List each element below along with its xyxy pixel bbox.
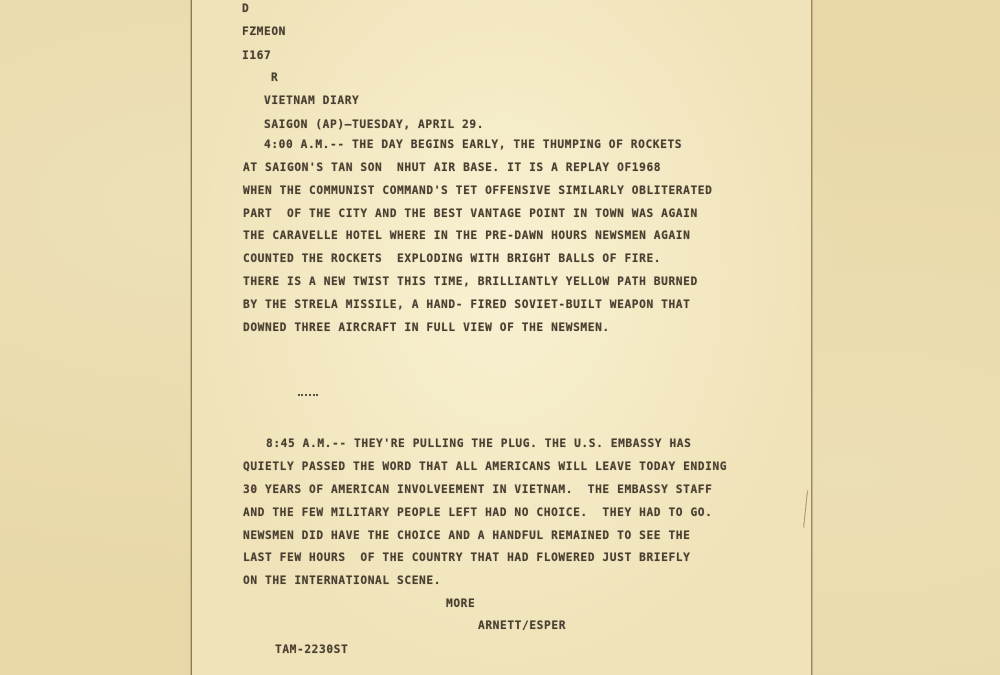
byline: ARNETT/ESPER [478, 619, 566, 633]
header-code-3: I167 [242, 49, 271, 63]
entry-1-line-4: PART OF THE CITY AND THE BEST VANTAGE PO… [243, 207, 698, 221]
entry-1-line-8: BY THE STRELA MISSILE, A HAND- FIRED SOV… [243, 298, 690, 312]
entry-1-line-5: THE CARAVELLE HOTEL WHERE IN THE PRE-DAW… [243, 229, 690, 243]
transmission-code: TAM-2230ST [275, 643, 348, 657]
entry-1-line-3: WHEN THE COMMUNIST COMMAND'S TET OFFENSI… [243, 184, 712, 198]
header-code-2: FZMEON [242, 25, 286, 39]
dateline: SAIGON (AP)—TUESDAY, APRIL 29. [264, 118, 484, 132]
priority-code: R [271, 71, 278, 85]
entry-2-line-4: AND THE FEW MILITARY PEOPLE LEFT HAD NO … [243, 506, 712, 520]
entry-2-line-5: NEWSMEN DID HAVE THE CHOICE AND A HANDFU… [243, 529, 690, 543]
entry-1-line-9: DOWNED THREE AIRCRAFT IN FULL VIEW OF TH… [243, 321, 610, 335]
entry-2-line-7: ON THE INTERNATIONAL SCENE. [243, 574, 441, 588]
entry-2-line-1: 8:45 A.M.-- THEY'RE PULLING THE PLUG. TH… [266, 437, 691, 451]
more-marker: MORE [446, 597, 475, 611]
entry-2-line-6: LAST FEW HOURS OF THE COUNTRY THAT HAD F… [243, 551, 690, 565]
entry-1-line-6: COUNTED THE ROCKETS EXPLODING WITH BRIGH… [243, 252, 661, 266]
entry-2-line-3: 30 YEARS OF AMERICAN INVOLVEEMENT IN VIE… [243, 483, 712, 497]
entry-2-line-2: QUIETLY PASSED THE WORD THAT ALL AMERICA… [243, 460, 727, 474]
header-code-1: D [242, 2, 249, 16]
section-separator [298, 394, 318, 399]
entry-1-line-1: 4:00 A.M.-- THE DAY BEGINS EARLY, THE TH… [264, 138, 682, 152]
paper-tear-mark [803, 490, 811, 528]
entry-1-line-2: AT SAIGON'S TAN SON NHUT AIR BASE. IT IS… [243, 161, 661, 175]
story-slug: VIETNAM DIARY [264, 94, 359, 108]
entry-1-line-7: THERE IS A NEW TWIST THIS TIME, BRILLIAN… [243, 275, 698, 289]
